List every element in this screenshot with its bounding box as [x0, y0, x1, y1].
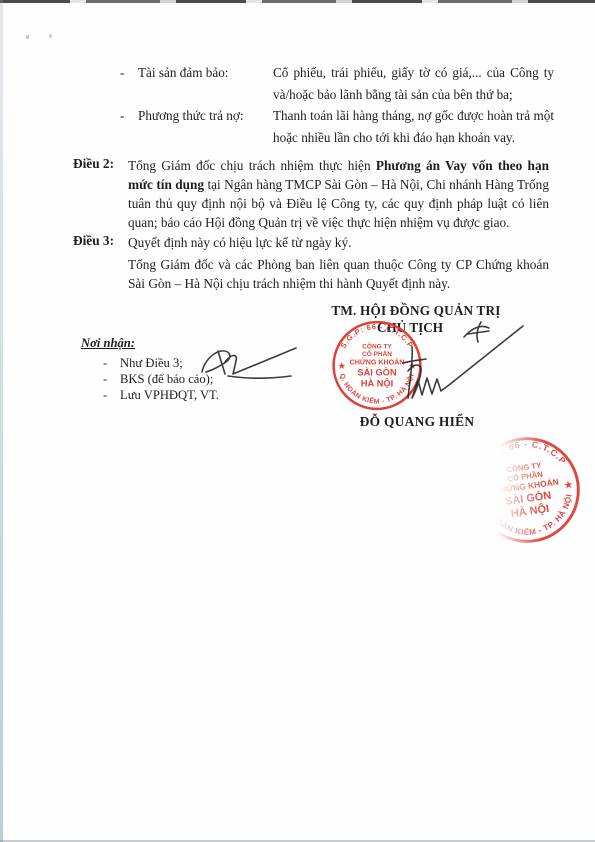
stamp-star-right-icon: ★: [409, 362, 417, 371]
recipient-item: - Lưu VPHĐQT, VT.: [81, 387, 219, 403]
bullet-dash: -: [103, 355, 120, 371]
signature-heading: TM. HỘI ĐỒNG QUẢN TRỊ: [310, 303, 522, 319]
loan-terms-list: - Tài sản đảm bảo: Cổ phiếu, trái phiếu,…: [120, 62, 554, 148]
recipient-item: - BKS (để báo cáo);: [81, 371, 219, 387]
scan-edge-left: [0, 0, 3, 842]
recipient-text: BKS (để báo cáo);: [120, 371, 213, 387]
stamp-star-left-icon: ★: [338, 362, 346, 371]
term-label: Phương thức trả nợ:: [138, 105, 273, 148]
recipients-block: Nơi nhận: - Như Điều 3; - BKS (để báo cá…: [81, 336, 219, 404]
initials-scribble: [228, 376, 291, 378]
scan-speck: [49, 34, 52, 38]
company-seal-stamp: S.G.P: 66 - C.T.C.P Q. HOÀN KIẾM - TP. H…: [323, 319, 431, 412]
term-value: Cổ phiếu, trái phiếu, giấy tờ có giá,...…: [273, 62, 554, 105]
initials-scribble: [218, 351, 225, 374]
article-2-text-pre: Tổng Giám đốc chịu trách nhiệm thực hiện: [128, 158, 376, 173]
stamp-center-line: SÀI GÒN: [357, 367, 396, 378]
stamp-star-right-icon: ★: [563, 479, 574, 490]
document-page: - Tài sản đảm bảo: Cổ phiếu, trái phiếu,…: [0, 0, 595, 842]
recipient-text: Lưu VPHĐQT, VT.: [120, 387, 219, 403]
stamp-star-left-icon: ★: [480, 491, 491, 502]
stamp-center-line: CHỨNG KHOÁN: [350, 358, 405, 367]
company-seal-stamp-partial: S.G.P: 66 - C.T.C.P Q. HOÀN KIẾM - TP. H…: [463, 428, 591, 553]
signatory-name: ĐỖ QUANG HIỂN: [328, 414, 506, 430]
initials-scribble: [225, 348, 296, 374]
closing-paragraph: Tổng Giám đốc và các Phòng ban liên quan…: [128, 255, 549, 293]
term-label: Tài sản đảm bảo:: [138, 62, 273, 105]
article-3-body: Quyết định này có hiệu lực kể từ ngày ký…: [128, 233, 549, 252]
term-row: - Phương thức trả nợ: Thanh toán lãi hàn…: [120, 105, 554, 148]
bullet-dash: -: [103, 387, 120, 403]
scan-edge-top: [0, 0, 595, 3]
stamp-center-line: HÀ NỘI: [361, 377, 393, 388]
stamp-center-line: CÔNG TY: [362, 341, 392, 350]
bullet-dash: -: [120, 62, 138, 105]
article-3-label: Điều 3:: [73, 233, 114, 249]
article-2-body: Tổng Giám đốc chịu trách nhiệm thực hiện…: [128, 156, 549, 232]
bullet-dash: -: [103, 371, 120, 387]
recipients-title: Nơi nhận:: [81, 336, 219, 351]
term-value: Thanh toán lãi hàng tháng, nợ gốc được h…: [273, 105, 554, 148]
recipient-text: Như Điều 3;: [120, 355, 183, 371]
term-row: - Tài sản đảm bảo: Cổ phiếu, trái phiếu,…: [120, 62, 554, 105]
recipient-item: - Như Điều 3;: [81, 355, 219, 371]
scan-speck: [26, 35, 29, 39]
bullet-dash: -: [120, 105, 138, 148]
article-2-label: Điều 2:: [73, 156, 114, 172]
